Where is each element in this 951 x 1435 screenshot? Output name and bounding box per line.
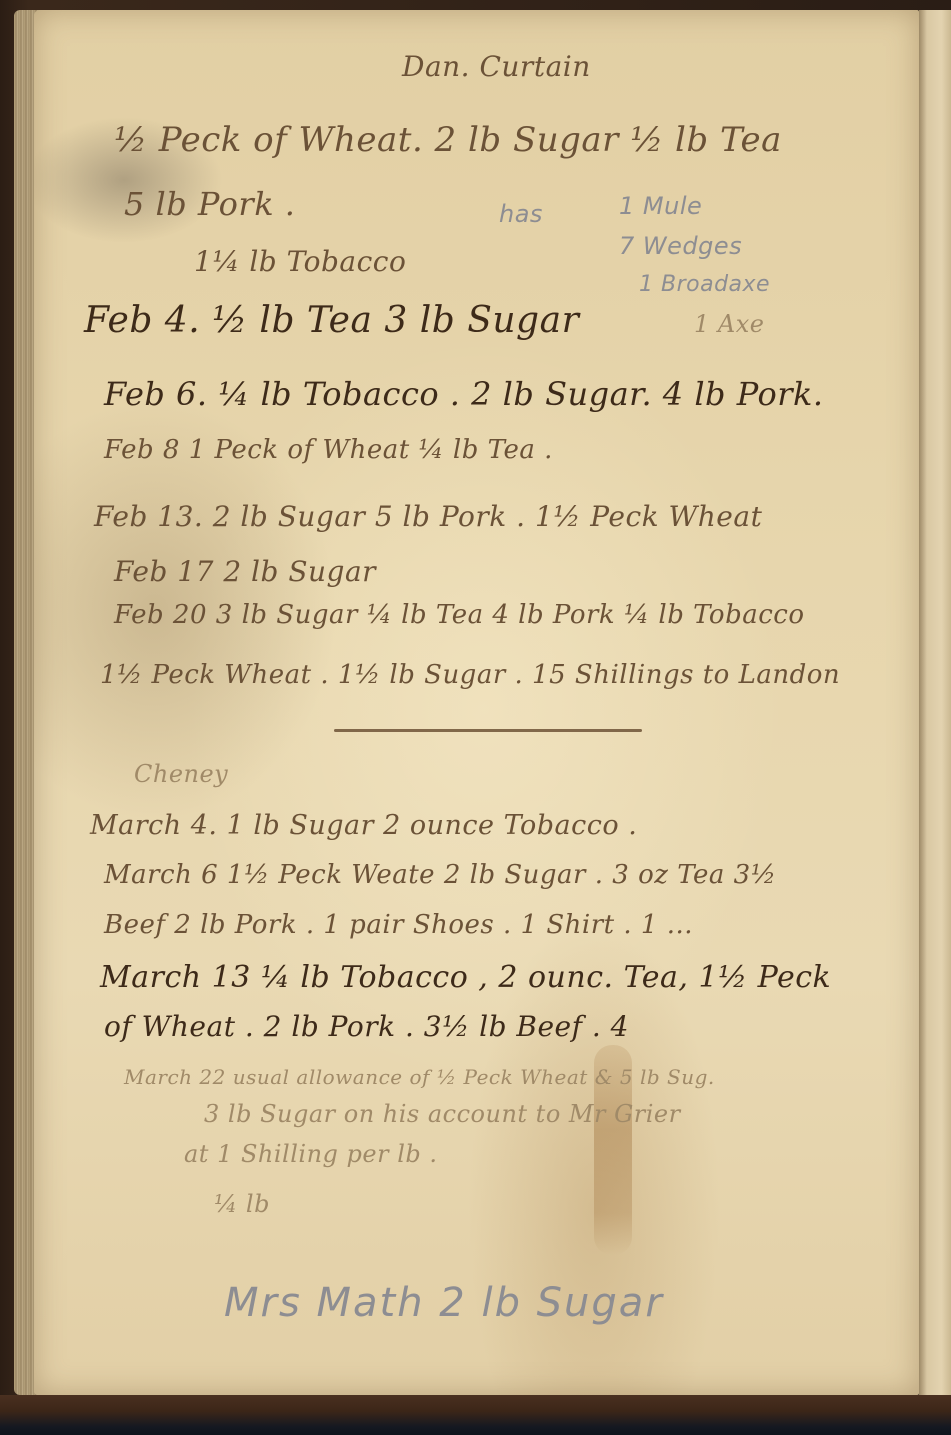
ledger-line: Feb 13. 2 lb Sugar 5 lb Pork . 1½ Peck W… [94,500,762,533]
pencil-note-item: 1 Mule [619,192,702,220]
section-name: Cheney [134,760,228,788]
ink-note: 1 Axe [694,310,764,338]
ledger-line: Feb 4. ½ lb Tea 3 lb Sugar [84,300,579,341]
ledger-line: March 4. 1 lb Sugar 2 ounce Tobacco . [90,810,637,841]
ledger-line: 5 lb Pork . [124,185,295,223]
ledger-line: March 13 ¼ lb Tobacco , 2 ounc. Tea, 1½ … [100,960,831,995]
cover-bottom-edge [0,1395,951,1435]
ledger-line: Feb 20 3 lb Sugar ¼ lb Tea 4 lb Pork ¼ l… [114,600,805,630]
ledger-line: at 1 Shilling per lb . [184,1140,438,1168]
ledger-line: of Wheat . 2 lb Pork . 3½ lb Beef . 4 [104,1010,629,1043]
pencil-footer-note: Mrs Math 2 lb Sugar [224,1280,664,1326]
pencil-note-item: 1 Broadaxe [639,272,770,297]
ledger-line: Beef 2 lb Pork . 1 pair Shoes . 1 Shirt … [104,910,693,940]
ledger-line: 1¼ lb Tobacco [194,245,406,278]
ledger-line: 3 lb Sugar on his account to Mr Grier [204,1100,681,1128]
ledger-line: ¼ lb [214,1190,270,1218]
ledger-line: Feb 8 1 Peck of Wheat ¼ lb Tea . [104,435,553,465]
ledger-line: Feb 6. ¼ lb Tobacco . 2 lb Sugar. 4 lb P… [104,375,824,413]
ledger-line: March 22 usual allowance of ½ Peck Wheat… [124,1065,715,1089]
ledger-line: Feb 17 2 lb Sugar [114,555,376,588]
pencil-note-item: 7 Wedges [619,232,742,260]
ledger-line: ½ Peck of Wheat. 2 lb Sugar ½ lb Tea [114,120,782,160]
ledger-line: 1½ Peck Wheat . 1½ lb Sugar . 15 Shillin… [100,660,840,690]
section-divider [334,729,642,732]
page-gutter [919,10,951,1395]
ledger-line: March 6 1½ Peck Weate 2 lb Sugar . 3 oz … [104,860,776,890]
ledger-page: Dan. Curtain ½ Peck of Wheat. 2 lb Sugar… [34,10,919,1395]
pencil-note-prefix: has [499,200,543,228]
page-header: Dan. Curtain [402,50,591,83]
